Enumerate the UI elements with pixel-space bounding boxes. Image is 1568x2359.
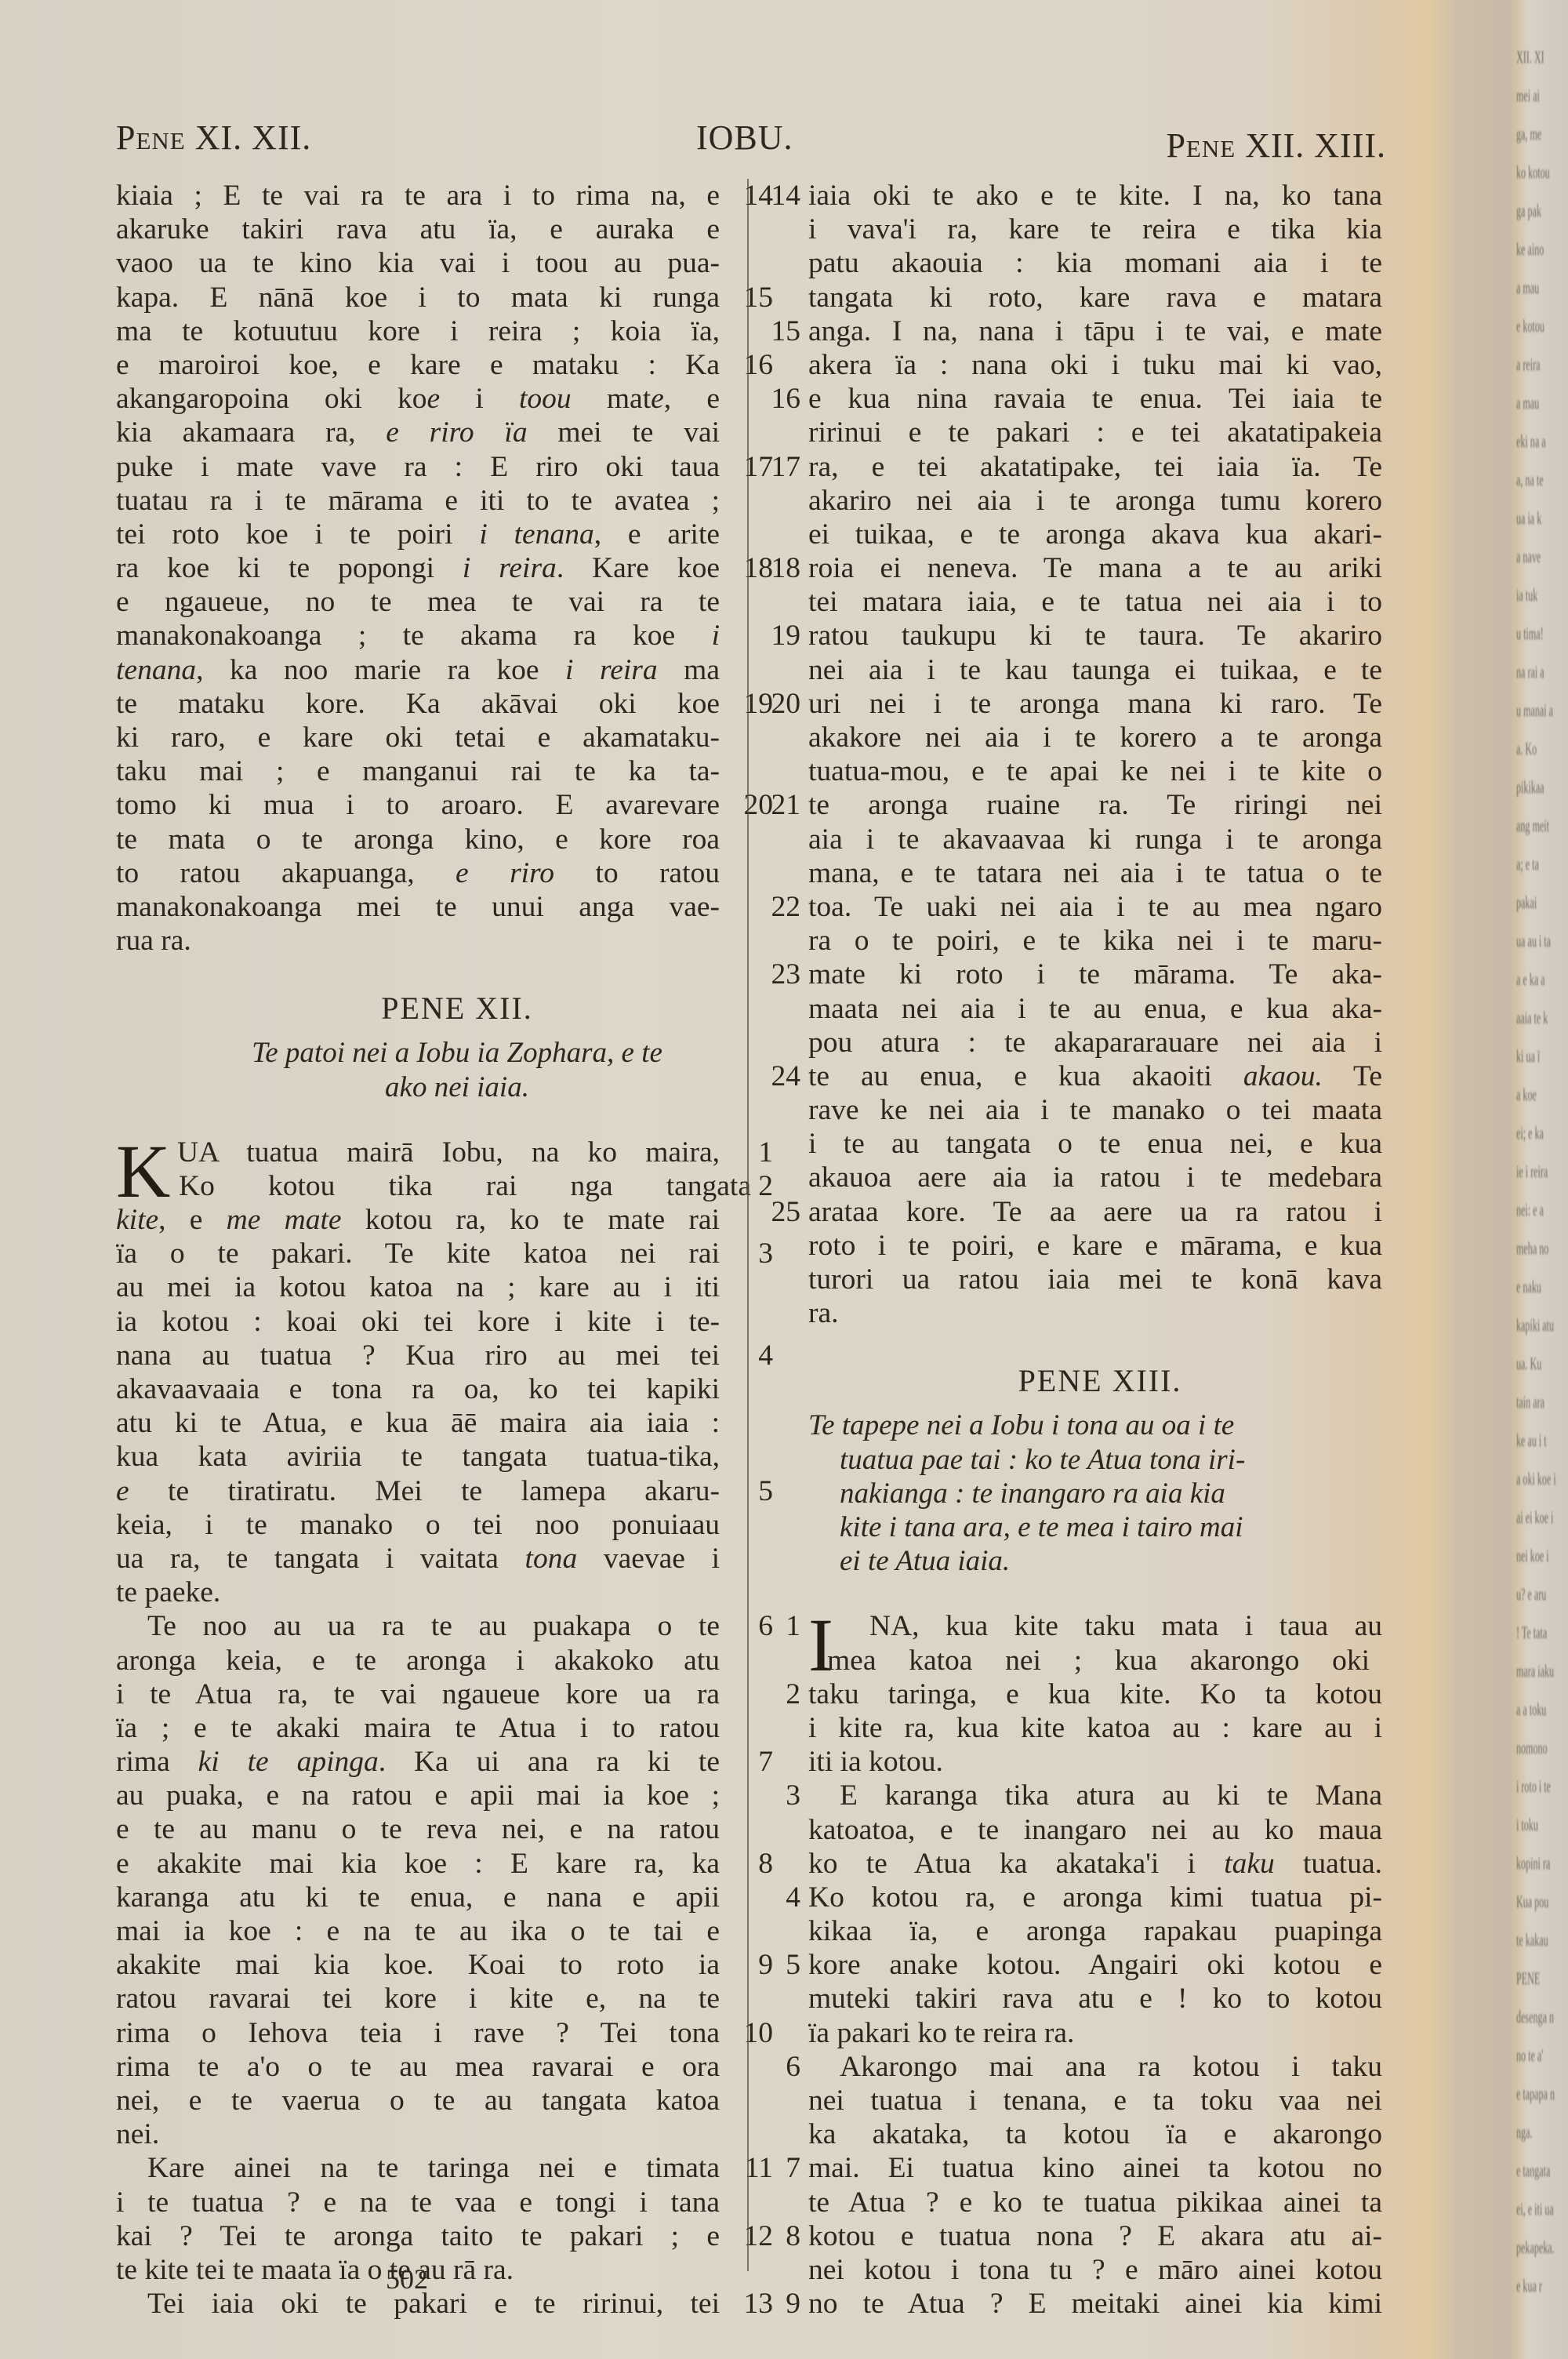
text-line: ratou ravarai tei kore i kite e, na te — [116, 1982, 798, 2016]
verse-text: mai ia koe : e na te au ika o te tai e — [116, 1914, 720, 1948]
verse-text: anga. I na, nana i tāpu i te vai, e mate — [808, 314, 1382, 348]
verse-number: 7 — [764, 2151, 800, 2185]
verse-number: 22 — [764, 890, 800, 924]
next-page-text-fragment: e kua r — [1516, 2276, 1542, 2296]
text-line: ra koe ki te popongi i reira. Kare koe18 — [116, 551, 798, 585]
curled-next-page-edge: XII. XImei aiga, meko kotouga pakke aino… — [1512, 0, 1568, 2359]
verse-text: akakore nei aia i te korero a te aronga — [808, 721, 1382, 754]
text-line: tei matara iaia, e te tatua nei aia i to — [764, 585, 1392, 619]
verse-text: e te au manu o te reva nei, e na ratou — [116, 1812, 720, 1846]
text-line: akakore nei aia i te korero a te aronga — [764, 721, 1392, 754]
next-page-text-fragment: na rai a — [1516, 662, 1544, 682]
verse-number: 3 — [764, 1779, 800, 1812]
text-line: Ko kotou tika rai nga tangata2 — [116, 1169, 798, 1203]
verse-text: vaoo ua te kino kia vai i toou au pua- — [116, 246, 720, 280]
next-page-text-fragment: ei, e iti ua — [1516, 2199, 1554, 2219]
next-page-text-fragment: no te a' — [1516, 2045, 1543, 2066]
text-line: 24te au enua, e kua akaoiti akaou. Te — [764, 1060, 1392, 1093]
text-line: 14iaia oki te ako e te kite. I na, ko ta… — [764, 179, 1392, 213]
verse-text: patu akaouia : kia momani aia i te — [808, 246, 1382, 280]
next-page-text-fragment: ! Te tata — [1516, 1623, 1547, 1643]
next-page-text-fragment: Kua pou — [1516, 1892, 1548, 1912]
verse-text: aia i te akavaavaa ki runga i te aronga — [808, 823, 1382, 856]
text-line: nana au tuatua ? Kua riro au mei tei4 — [116, 1339, 798, 1372]
verse-text: tuatau ra i te mārama e iti to te avatea… — [116, 484, 720, 518]
verse-text: ïa ; e te akaki maira te Atua i to ratou — [116, 1711, 720, 1745]
next-page-text-fragment: pekapeka. — [1516, 2237, 1555, 2258]
verse-text: ratou taukupu ki te taura. Te akariro — [808, 619, 1382, 652]
verse-text: e akakite mai kia koe : E kare ra, ka — [116, 1847, 720, 1881]
text-line: vaoo ua te kino kia vai i toou au pua- — [116, 246, 798, 280]
verse-number: 9 — [764, 2287, 800, 2321]
italic-emphasis: i reira — [565, 654, 658, 686]
text-line: i vava'i ra, kare te reira e tika kia — [764, 213, 1392, 246]
next-page-text-fragment: ki ua ï — [1516, 1046, 1540, 1067]
verse-text: i te tuatua ? e na te vaa e tongi i tana — [116, 2186, 720, 2219]
next-page-text-fragment: kopini ra — [1516, 1853, 1550, 1874]
text-line: ka akataka, ta kotou ïa e akarongo — [764, 2117, 1392, 2151]
chapter-summary-line: Te patoi nei a Iobu ia Zophara, e te — [116, 1036, 798, 1070]
text-line: kiaia ; E te vai ra te ara i to rima na,… — [116, 179, 798, 213]
text-line: kua kata aviriia te tangata tuatua-tika, — [116, 1440, 798, 1474]
text-line: nei, e te vaerua o te au tangata katoa — [116, 2084, 798, 2117]
next-page-text-fragment: u? e aru — [1516, 1584, 1546, 1605]
text-line: maata nei aia i te au enua, e kua aka- — [764, 992, 1392, 1026]
verse-number: 24 — [764, 1060, 800, 1093]
text-line: rima te a'o o te au mea ravarai e ora — [116, 2050, 798, 2084]
verse-text: no te Atua ? E meitaki ainei kia kimi — [808, 2287, 1382, 2321]
text-line: atu ki te Atua, e kua āē maira aia iaia … — [116, 1406, 798, 1440]
text-line: 16e kua nina ravaia te enua. Tei iaia te — [764, 382, 1392, 416]
text-line: karanga atu ki te enua, e nana e apii — [116, 1881, 798, 1914]
verse-text: ka akataka, ta kotou ïa e akarongo — [808, 2117, 1382, 2151]
verse-text: tuatua-mou, e te apai ke nei i te kite o — [808, 754, 1382, 788]
verse-number: 16 — [764, 382, 800, 416]
italic-emphasis: taku — [1224, 1848, 1275, 1880]
text-line: ra. — [764, 1296, 1392, 1330]
verse-text: muteki takiri rava atu e ! ko to kotou — [808, 1982, 1382, 2016]
verse-number: 23 — [764, 958, 800, 991]
text-line: iti ia kotou. — [764, 1745, 1392, 1779]
text-line: mana, e te tatara nei aia i te tatua o t… — [764, 856, 1392, 890]
verse-text: akariro nei aia i te aronga tumu korero — [808, 484, 1382, 518]
verse-text: ia kotou : koai oki tei kore i kite i te… — [116, 1305, 720, 1339]
verse-text: kua kata aviriia te tangata tuatua-tika, — [116, 1440, 720, 1474]
text-line: akera ïa : nana oki i tuku mai ki vao, — [764, 348, 1392, 382]
running-head-left: Pene XI. XII. — [116, 118, 311, 158]
text-line: ia kotou : koai oki tei kore i kite i te… — [116, 1305, 798, 1339]
chapter-title: PENE XII. — [116, 981, 798, 1036]
verse-text: te paeke. — [116, 1576, 720, 1609]
verse-text: akauoa aere aia ia ratou i te medebara — [808, 1161, 1382, 1194]
running-head-right-label: Pene — [1166, 126, 1236, 165]
running-head-left-chapters: XI. XII. — [195, 118, 312, 157]
text-line: rua ra. — [116, 924, 798, 958]
verse-text: i vava'i ra, kare te reira e tika kia — [808, 213, 1382, 246]
chapter-summary-line: Te tapepe nei a Iobu i tona au oa i te — [808, 1408, 1392, 1442]
right-column: 14iaia oki te ako e te kite. I na, ko ta… — [764, 179, 1392, 2321]
text-line: 4Ko kotou ra, e aronga kimi tuatua pi- — [764, 1881, 1392, 1914]
next-page-text-fragment: a a toku — [1516, 1699, 1546, 1720]
verse-text: manakonakoanga mei te unui anga vae- — [116, 890, 720, 924]
text-line: to ratou akapuanga, e riro to ratou — [116, 856, 798, 890]
text-line: 23mate ki roto i te mārama. Te aka- — [764, 958, 1392, 991]
italic-emphasis: e riro — [456, 857, 554, 889]
verse-text: kotou e tuatua nona ? E akara atu ai- — [808, 2219, 1382, 2253]
text-line: puke i mate vave ra : E riro oki taua17 — [116, 450, 798, 484]
text-line: nei tuatua i tenana, e ta toku vaa nei — [764, 2084, 1392, 2117]
verse-text: ra koe ki te popongi i reira. Kare koe — [116, 551, 720, 585]
text-line: kite, e me mate kotou ra, ko te mate rai — [116, 1203, 798, 1237]
verse-text: Akarongo mai ana ra kotou i taku — [808, 2050, 1382, 2084]
verse-text: taku mai ; e manganui rai te ka ta- — [116, 754, 720, 788]
italic-emphasis: i tenana — [479, 518, 593, 551]
verse-text: roto i te poiri, e kare e mārama, e kua — [808, 1229, 1382, 1263]
text-line: 19ratou taukupu ki te taura. Te akariro — [764, 619, 1392, 652]
text-line: ririnui e te pakari : e tei akatatipakei… — [764, 416, 1392, 449]
verse-text: kia akamaara ra, e riro ïa mei te vai — [116, 416, 720, 449]
next-page-text-fragment: nei koe i — [1516, 1546, 1549, 1566]
verse-text: tenana, ka noo marie ra koe i reira ma — [116, 653, 720, 687]
verse-text: ki raro, e kare oki tetai e akamataku- — [116, 721, 720, 754]
verse-text: manakonakoanga ; te akama ra koe i — [116, 619, 720, 652]
verse-text: te mataku kore. Ka akāvai oki koe — [116, 687, 720, 721]
text-line: ua ra, te tangata i vaitata tona vaevae … — [116, 1542, 798, 1576]
running-head-book-title: IOBU. — [696, 118, 793, 158]
verse-text: ei tuikaa, e te aronga akava kua akari- — [808, 518, 1382, 551]
next-page-text-fragment: u tima! — [1516, 623, 1544, 644]
verse-text: te au enua, e kua akaoiti akaou. Te — [808, 1060, 1382, 1093]
next-page-text-fragment: a; e ta — [1516, 854, 1539, 874]
verse-text: pou atura : te akapararauare nei aia i — [808, 1026, 1382, 1060]
verse-number: 17 — [764, 450, 800, 484]
chapter-summary-line: nakianga : te inangaro ra aia kia — [808, 1477, 1392, 1510]
text-line: e te au manu o te reva nei, e na ratou — [116, 1812, 798, 1846]
text-line: akakite mai kia koe. Koai to roto ia9 — [116, 1948, 798, 1982]
text-line: ïa o te pakari. Te kite katoa nei rai3 — [116, 1237, 798, 1270]
next-page-text-fragment: ke aino — [1516, 239, 1544, 260]
text-line: au puaka, e na ratou e apii mai ia koe ; — [116, 1779, 798, 1812]
verse-text: nei, e te vaerua o te au tangata katoa — [116, 2084, 720, 2117]
verse-number: 8 — [764, 2219, 800, 2253]
running-head-right: Pene XII. XIII. — [1166, 125, 1386, 165]
chapter-heading-block: PENE XII.Te patoi nei a Iobu ia Zophara,… — [116, 981, 798, 1135]
text-line: e akakite mai kia koe : E kare ra, ka8 — [116, 1847, 798, 1881]
text-line: aia i te akavaavaa ki runga i te aronga — [764, 823, 1392, 856]
verse-text: kite, e me mate kotou ra, ko te mate rai — [116, 1203, 720, 1237]
verse-text: te mata o te aronga kino, e kore roa — [116, 823, 720, 856]
italic-emphasis: i reira — [463, 552, 557, 584]
verse-text: akera ïa : nana oki i tuku mai ki vao, — [808, 348, 1382, 382]
verse-text: mai. Ei tuatua kino ainei ta kotou no — [808, 2151, 1382, 2185]
italic-emphasis: e — [116, 1475, 129, 1507]
next-page-text-fragment: nomono — [1516, 1738, 1548, 1758]
verse-text: rave ke nei aia i te manako o tei maata — [808, 1093, 1382, 1127]
verse-text: E karanga tika atura au ki te Mana — [808, 1779, 1382, 1812]
next-page-text-fragment: mara iaku — [1516, 1661, 1554, 1681]
verse-text: turori ua ratou iaia mei te konā kava — [808, 1263, 1382, 1296]
text-line: 20uri nei i te aronga mana ki raro. Te — [764, 687, 1392, 721]
next-page-text-fragment: i roto i te — [1516, 1776, 1551, 1797]
text-line: aronga keia, e te aronga i akakoko atu — [116, 1644, 798, 1677]
verse-text: Ko kotou ra, e aronga kimi tuatua pi- — [808, 1881, 1382, 1914]
next-page-text-fragment: te kakau — [1516, 1930, 1548, 1950]
next-page-text-fragment: a e ka a — [1516, 969, 1545, 990]
verse-text: uri nei i te aronga mana ki raro. Te — [808, 687, 1382, 721]
text-line: kapa. E nānā koe i to mata ki runga15 — [116, 281, 798, 314]
text-line: e te tiratiratu. Mei te lamepa akaru-5 — [116, 1474, 798, 1508]
verse-text: ra, e tei akatatipake, tei iaia ïa. Te — [808, 450, 1382, 484]
text-line: ko te Atua ka akataka'i i taku tuatua. — [764, 1847, 1392, 1881]
text-line: au mei ia kotou katoa na ; kare au i iti — [116, 1270, 798, 1304]
italic-emphasis: e — [427, 383, 441, 415]
text-line: te kite tei te maata ïa o te au rā ra. — [116, 2253, 798, 2287]
verse-text: i kite ra, kua kite katoa au : kare au i — [808, 1711, 1382, 1745]
text-line: akariro nei aia i te aronga tumu korero — [764, 484, 1392, 518]
verse-text: toa. Te uaki nei aia i te au mea ngaro — [808, 890, 1382, 924]
verse-text: maata nei aia i te au enua, e kua aka- — [808, 992, 1382, 1026]
text-line: nei aia i te kau taunga ei tuikaa, e te — [764, 653, 1392, 687]
verse-text: rima o Iehova teia i rave ? Tei tona — [116, 2016, 720, 2050]
text-line: 22toa. Te uaki nei aia i te au mea ngaro — [764, 890, 1392, 924]
next-page-text-fragment: a mau — [1516, 278, 1539, 298]
page-number: 502 — [386, 2263, 428, 2295]
text-line: nei kotou i tona tu ? e māro ainei kotou — [764, 2253, 1392, 2287]
verse-text: ratou ravarai tei kore i kite e, na te — [116, 1982, 720, 2016]
text-line: manakonakoanga ; te akama ra koe i — [116, 619, 798, 652]
verse-text: akakite mai kia koe. Koai to roto ia — [116, 1948, 720, 1982]
verse-text: roia ei neneva. Te mana a te au ariki — [808, 551, 1382, 585]
text-line: Tei iaia oki te pakari e te ririnui, tei… — [116, 2287, 798, 2321]
next-page-text-fragment: ua. Ku — [1516, 1354, 1541, 1374]
chapter-heading-block: PENE XIII.Te tapepe nei a Iobu i tona au… — [764, 1354, 1392, 1609]
next-page-text-fragment: nga. — [1516, 2122, 1532, 2143]
verse-text: te Atua ? e ko te tuatua pikikaa ainei t… — [808, 2186, 1382, 2219]
verse-text: i te au tangata o te enua nei, e kua — [808, 1127, 1382, 1161]
chapter-summary-line: tuatua pae tai : ko te Atua tona iri- — [808, 1443, 1392, 1477]
next-page-text-fragment: ang meit — [1516, 816, 1549, 836]
next-page-text-fragment: aaia te k — [1516, 1008, 1548, 1028]
next-page-text-fragment: pikikaa — [1516, 777, 1544, 798]
verse-text: kiaia ; E te vai ra te ara i to rima na,… — [116, 179, 720, 213]
verse-text: tangata ki roto, kare rava e matara — [808, 281, 1382, 314]
next-page-text-fragment: a mau — [1516, 393, 1539, 413]
chapter-summary-line: kite i tana ara, e te mea i tairo mai — [808, 1510, 1392, 1544]
next-page-text-fragment: a, na te — [1516, 470, 1544, 490]
italic-emphasis: e riro ïa — [386, 416, 527, 449]
italic-emphasis: i — [712, 620, 720, 652]
text-line: tenana, ka noo marie ra koe i reira ma — [116, 653, 798, 687]
italic-emphasis: kite — [116, 1204, 158, 1236]
text-line: tangata ki roto, kare rava e matara — [764, 281, 1392, 314]
text-line: ma te kotuutuu kore i reira ; koia ïa, — [116, 314, 798, 348]
italic-emphasis: ki te apinga — [198, 1746, 379, 1778]
next-page-text-fragment: ua ia k — [1516, 508, 1541, 529]
next-page-text-fragment: e tapapa n — [1516, 2084, 1555, 2104]
verse-text: aronga keia, e te aronga i akakoko atu — [116, 1644, 720, 1677]
verse-text: e te tiratiratu. Mei te lamepa akaru- — [116, 1474, 720, 1508]
text-line: tuatua-mou, e te apai ke nei i te kite o — [764, 754, 1392, 788]
text-line: ki raro, e kare oki tetai e akamataku- — [116, 721, 798, 754]
text-line: 18roia ei neneva. Te mana a te au ariki — [764, 551, 1392, 585]
verse-text: taku taringa, e kua kite. Ko ta kotou — [808, 1677, 1382, 1711]
next-page-text-fragment: i toku — [1516, 1815, 1538, 1835]
verse-text: ririnui e te pakari : e tei akatatipakei… — [808, 416, 1382, 449]
verse-text: Te noo au ua ra te au puakapa o te — [116, 1609, 720, 1643]
next-page-text-fragment: pakai — [1516, 892, 1537, 913]
verse-number: 18 — [764, 551, 800, 585]
next-page-text-fragment: ua au i ta — [1516, 931, 1551, 951]
text-line: tuatau ra i te mārama e iti to te avatea… — [116, 484, 798, 518]
verse-text: rua ra. — [116, 924, 720, 958]
left-column: kiaia ; E te vai ra te ara i to rima na,… — [116, 179, 798, 2321]
next-page-text-fragment: eki na a — [1516, 431, 1546, 452]
chapter-summary-line: ei te Atua iaia. — [808, 1544, 1392, 1578]
verse-text: tei roto koe i te poiri i tenana, e arit… — [116, 518, 720, 551]
verse-text: mea katoa nei ; kua akarongo oki — [827, 1644, 1370, 1677]
verse-text: kapa. E nānā koe i to mata ki runga — [116, 281, 720, 314]
verse-number: 4 — [764, 1881, 800, 1914]
chapter-summary-line: ako nei iaia. — [116, 1070, 798, 1104]
text-line: 17ra, e tei akatatipake, tei iaia ïa. Te — [764, 450, 1392, 484]
text-line: tei roto koe i te poiri i tenana, e arit… — [116, 518, 798, 551]
italic-emphasis: akaou. — [1243, 1060, 1323, 1092]
running-head-right-chapters: XII. XIII. — [1245, 126, 1386, 165]
verse-text: akaruke takiri rava atu ïa, e auraka e — [116, 213, 720, 246]
verse-text: i te Atua ra, te vai ngaueue kore ua ra — [116, 1677, 720, 1711]
verse-text: iaia oki te ako e te kite. I na, ko tana — [808, 179, 1382, 213]
italic-emphasis: toou — [519, 383, 572, 415]
verse-text: Ko kotou tika rai nga tangata — [179, 1169, 751, 1203]
verse-text: te aronga ruaine ra. Te riringi nei — [808, 788, 1382, 822]
text-line: i te Atua ra, te vai ngaueue kore ua ra — [116, 1677, 798, 1711]
next-page-text-fragment: tain ara — [1516, 1392, 1544, 1412]
text-line: ra o te poiri, e te kika nei i te maru- — [764, 924, 1392, 958]
running-head-left-label: Pene — [116, 118, 186, 157]
text-line: te mataku kore. Ka akāvai oki koe19 — [116, 687, 798, 721]
verse-text: e ngaueue, no te mea te vai ra te — [116, 585, 720, 619]
text-line: kai ? Tei te aronga taito te pakari ; e1… — [116, 2219, 798, 2253]
text-line: 6Akarongo mai ana ra kotou i taku — [764, 2050, 1392, 2084]
verse-text: ïa o te pakari. Te kite katoa nei rai — [116, 1237, 720, 1270]
book-page: Pene XI. XII. IOBU. Pene XII. XIII. kiai… — [0, 0, 1435, 2359]
verse-text: atu ki te Atua, e kua āē maira aia iaia … — [116, 1406, 720, 1440]
verse-text: arataa kore. Te aa aere ua ra ratou i — [808, 1195, 1382, 1229]
verse-text: nei aia i te kau taunga ei tuikaa, e te — [808, 653, 1382, 687]
text-line: 8kotou e tuatua nona ? E akara atu ai- — [764, 2219, 1392, 2253]
text-line: ei tuikaa, e te aronga akava kua akari- — [764, 518, 1392, 551]
next-page-text-fragment: u manai a — [1516, 700, 1553, 721]
next-page-text-fragment: nei: e a — [1516, 1200, 1544, 1220]
text-line: pou atura : te akapararauare nei aia i — [764, 1026, 1392, 1060]
text-line: keia, i te manako o tei noo ponuiaau — [116, 1508, 798, 1542]
italic-emphasis: tenana — [116, 654, 196, 686]
text-line: 21te aronga ruaine ra. Te riringi nei — [764, 788, 1392, 822]
text-line: mai ia koe : e na te au ika o te tai e — [116, 1914, 798, 1948]
verse-number: 19 — [764, 619, 800, 652]
verse-text: au mei ia kotou katoa na ; kare au i iti — [116, 1270, 720, 1304]
text-line: rave ke nei aia i te manako o tei maata — [764, 1093, 1392, 1127]
verse-text: nei tuatua i tenana, e ta toku vaa nei — [808, 2084, 1382, 2117]
text-line: roto i te poiri, e kare e mārama, e kua — [764, 1229, 1392, 1263]
text-line: KUA tuatua mairā Iobu, na ko maira,1 — [116, 1136, 798, 1169]
verse-number: 20 — [764, 687, 800, 721]
verse-text: e kua nina ravaia te enua. Tei iaia te — [808, 382, 1382, 416]
verse-text: rima te a'o o te au mea ravarai e ora — [116, 2050, 720, 2084]
chapter-title: PENE XIII. — [764, 1354, 1392, 1408]
text-line: te paeke. — [116, 1576, 798, 1609]
text-line: e maroiroi koe, e kare e mataku : Ka16 — [116, 348, 798, 382]
column-divider — [747, 179, 749, 2271]
verse-text: au puaka, e na ratou e apii mai ia koe ; — [116, 1779, 720, 1812]
verse-number: 2 — [764, 1677, 800, 1711]
text-line: 15anga. I na, nana i tāpu i te vai, e ma… — [764, 314, 1392, 348]
next-page-text-fragment: PENE — [1516, 1968, 1540, 1989]
text-line: katoatoa, e te inangaro nei au ko maua — [764, 1813, 1392, 1847]
italic-emphasis: me mate — [227, 1204, 342, 1236]
next-page-text-fragment: a. Ko — [1516, 739, 1537, 759]
next-page-text-fragment: a reira — [1516, 354, 1541, 375]
text-line: 5kore anake kotou. Angairi oki kotou e — [764, 1948, 1392, 1982]
verse-text: to ratou akapuanga, e riro to ratou — [116, 856, 720, 890]
text-line: 25arataa kore. Te aa aere ua ra ratou i — [764, 1195, 1392, 1229]
next-page-text-fragment: XII. XI — [1516, 47, 1544, 67]
text-line: muteki takiri rava atu e ! ko to kotou — [764, 1982, 1392, 2016]
text-line: i te tuatua ? e na te vaa e tongi i tana — [116, 2186, 798, 2219]
verse-text: tei matara iaia, e te tatua nei aia i to — [808, 585, 1382, 619]
verse-number: 1 — [764, 1609, 800, 1643]
verse-text: nei. — [116, 2117, 720, 2151]
text-line: 2taku taringa, e kua kite. Ko ta kotou — [764, 1677, 1392, 1711]
next-page-text-fragment: e naku — [1516, 1277, 1541, 1297]
text-line: rima ki te apinga. Ka ui ana ra ki te7 — [116, 1745, 798, 1779]
verse-number: 14 — [764, 179, 800, 213]
text-line: i te au tangata o te enua nei, e kua — [764, 1127, 1392, 1161]
next-page-text-fragment: ke au i t — [1516, 1430, 1547, 1451]
text-line: nei. — [116, 2117, 798, 2151]
next-page-text-fragment: ei; e ka — [1516, 1123, 1544, 1143]
verse-text: akangaropoina oki koe i toou mate, e — [116, 382, 720, 416]
verse-text: KUA tuatua mairā Iobu, na ko maira, — [116, 1136, 720, 1169]
text-line: tomo ki mua i to aroaro. E avarevare20 — [116, 788, 798, 822]
text-line: 7mai. Ei tuatua kino ainei ta kotou no — [764, 2151, 1392, 2185]
next-page-text-fragment: a nave — [1516, 547, 1541, 567]
verse-text: mana, e te tatara nei aia i te tatua o t… — [808, 856, 1382, 890]
text-line: i kite ra, kua kite katoa au : kare au i — [764, 1711, 1392, 1745]
text-line: e ngaueue, no te mea te vai ra te — [116, 585, 798, 619]
verse-text: kikaa ïa, e aronga rapakau puapinga — [808, 1914, 1382, 1948]
verse-text: ko te Atua ka akataka'i i taku tuatua. — [808, 1847, 1382, 1881]
text-line: akaruke takiri rava atu ïa, e auraka e — [116, 213, 798, 246]
verse-text: iti ia kotou. — [808, 1745, 1382, 1779]
next-page-text-fragment: mei ai — [1516, 85, 1540, 106]
text-line: te Atua ? e ko te tuatua pikikaa ainei t… — [764, 2186, 1392, 2219]
verse-text: karanga atu ki te enua, e nana e apii — [116, 1881, 720, 1914]
text-line: 9no te Atua ? E meitaki ainei kia kimi — [764, 2287, 1392, 2321]
verse-number: 15 — [764, 314, 800, 348]
verse-text: kore anake kotou. Angairi oki kotou e — [808, 1948, 1382, 1982]
verse-text: katoatoa, e te inangaro nei au ko maua — [808, 1813, 1382, 1847]
verse-text: ua ra, te tangata i vaitata tona vaevae … — [116, 1542, 720, 1576]
next-page-text-fragment: e tangata — [1516, 2161, 1550, 2181]
verse-text: nei kotou i tona tu ? e māro ainei kotou — [808, 2253, 1382, 2287]
text-line: 1INA, kua kite taku mata i taua au — [764, 1609, 1392, 1643]
text-line: 3E karanga tika atura au ki te Mana — [764, 1779, 1392, 1812]
text-line: akangaropoina oki koe i toou mate, e — [116, 382, 798, 416]
verse-text: ïa pakari ko te reira ra. — [808, 2016, 1382, 2050]
next-page-text-fragment: ie i reira — [1516, 1161, 1548, 1182]
verse-text: tomo ki mua i to aroaro. E avarevare — [116, 788, 720, 822]
